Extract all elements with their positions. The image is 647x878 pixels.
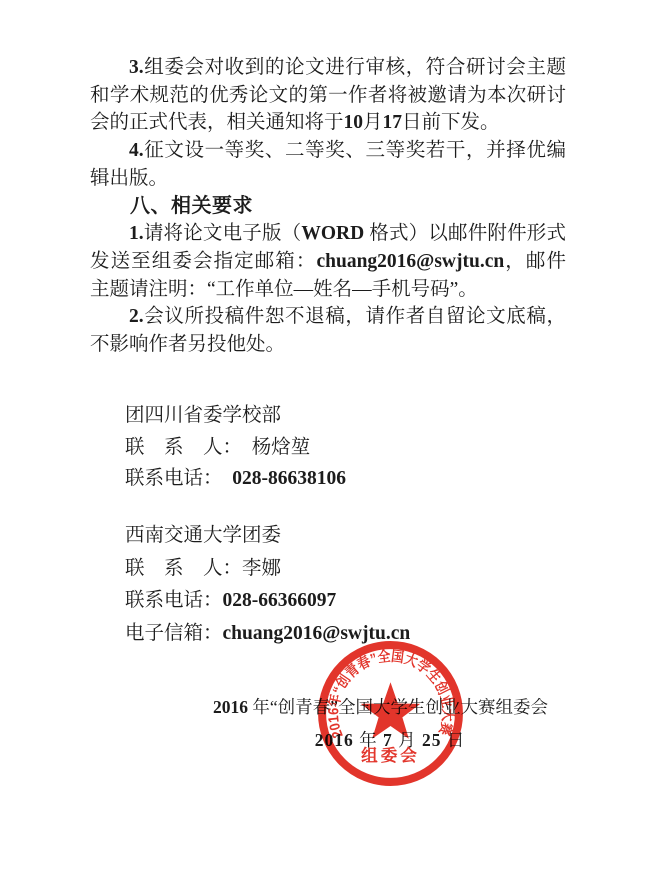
- text-segment: 2016: [315, 730, 354, 750]
- contact-phone-line: 联系电话：028-66366097: [125, 585, 410, 618]
- contact-email-address: chuang2016@swjtu.cn: [223, 623, 411, 644]
- text-segment: WORD: [301, 223, 364, 244]
- text-segment: chuang2016@swjtu.cn: [316, 251, 504, 272]
- text-segment: 2.: [129, 306, 144, 327]
- contact-email-line: 电子信箱：chuang2016@swjtu.cn: [125, 618, 410, 651]
- contact-org: 团四川省委学校部: [125, 400, 346, 432]
- signature-date: 2016 年 7 月 25 日: [130, 727, 647, 752]
- contact-person-name: 杨焓堃: [232, 437, 310, 458]
- text-segment: 请将论文电子版（: [144, 223, 302, 244]
- document-page: 3.组委会对收到的论文进行审核，符合研讨会主题和学术规范的优秀论文的第一作者将被…: [0, 0, 647, 878]
- text-segment: 月: [393, 730, 422, 750]
- contact-phone-label: 联系电话：: [125, 590, 223, 611]
- text-segment: 10: [344, 112, 364, 133]
- text-segment: 八、相关要求: [130, 195, 253, 217]
- text-segment: 日前下发。: [402, 112, 500, 133]
- paragraph-req-1: 1.请将论文电子版（WORD 格式）以邮件附件形式发送至组委会指定邮箱：chua…: [90, 220, 566, 303]
- text-segment: 4.: [129, 140, 144, 161]
- text-segment: 日: [441, 730, 465, 750]
- text-segment: 25: [422, 730, 442, 750]
- contact-person-line: 联 系 人： 杨焓堃: [125, 432, 346, 464]
- contact-phone-line: 联系电话： 028-86638106: [125, 463, 346, 495]
- text-segment: 2016: [213, 697, 248, 717]
- section-heading: 八、相关要求: [90, 193, 566, 221]
- text-segment: 月: [363, 112, 383, 133]
- contact-person-name: 李娜: [242, 558, 281, 579]
- text-segment: 17: [383, 112, 403, 133]
- paragraph-4: 4.征文设一等奖、二等奖、三等奖若干，并择优编辑出版。: [90, 137, 566, 192]
- contact-org: 西南交通大学团委: [125, 520, 410, 553]
- contact-phone-label: 联系电话：: [125, 468, 213, 489]
- text-segment: 1.: [129, 223, 144, 244]
- contact-block-swjtu: 西南交通大学团委 联 系 人：李娜 联系电话：028-66366097 电子信箱…: [125, 520, 410, 650]
- contact-person-label: 联 系 人：: [125, 437, 232, 458]
- text-segment: 3.: [129, 57, 144, 78]
- contact-person-line: 联 系 人：李娜: [125, 553, 410, 586]
- contact-phone-number: 028-66366097: [223, 590, 337, 611]
- contact-phone-number: 028-86638106: [213, 468, 346, 489]
- signature-organizer: 2016 年“创青春”全国大学生创业大赛组委会: [114, 694, 647, 719]
- text-segment: 征文设一等奖、二等奖、三等奖若干，并择优编辑出版。: [90, 140, 566, 189]
- paragraph-3: 3.组委会对收到的论文进行审核，符合研讨会主题和学术规范的优秀论文的第一作者将被…: [90, 54, 566, 137]
- paragraph-req-2: 2.会议所投稿件恕不退稿，请作者自留论文底稿，不影响作者另投他处。: [90, 303, 566, 358]
- contact-person-label: 联 系 人：: [125, 558, 242, 579]
- text-segment: 7: [383, 730, 393, 750]
- text-segment: 年“创青春”全国大学生创业大赛组委会: [248, 697, 548, 717]
- contact-block-sichuan: 团四川省委学校部 联 系 人： 杨焓堃 联系电话： 028-86638106: [125, 400, 346, 495]
- text-segment: 年: [354, 730, 383, 750]
- contact-email-label: 电子信箱：: [125, 623, 223, 644]
- text-segment: 会议所投稿件恕不退稿，请作者自留论文底稿，不影响作者另投他处。: [90, 306, 566, 355]
- body-text: 3.组委会对收到的论文进行审核，符合研讨会主题和学术规范的优秀论文的第一作者将被…: [90, 54, 566, 359]
